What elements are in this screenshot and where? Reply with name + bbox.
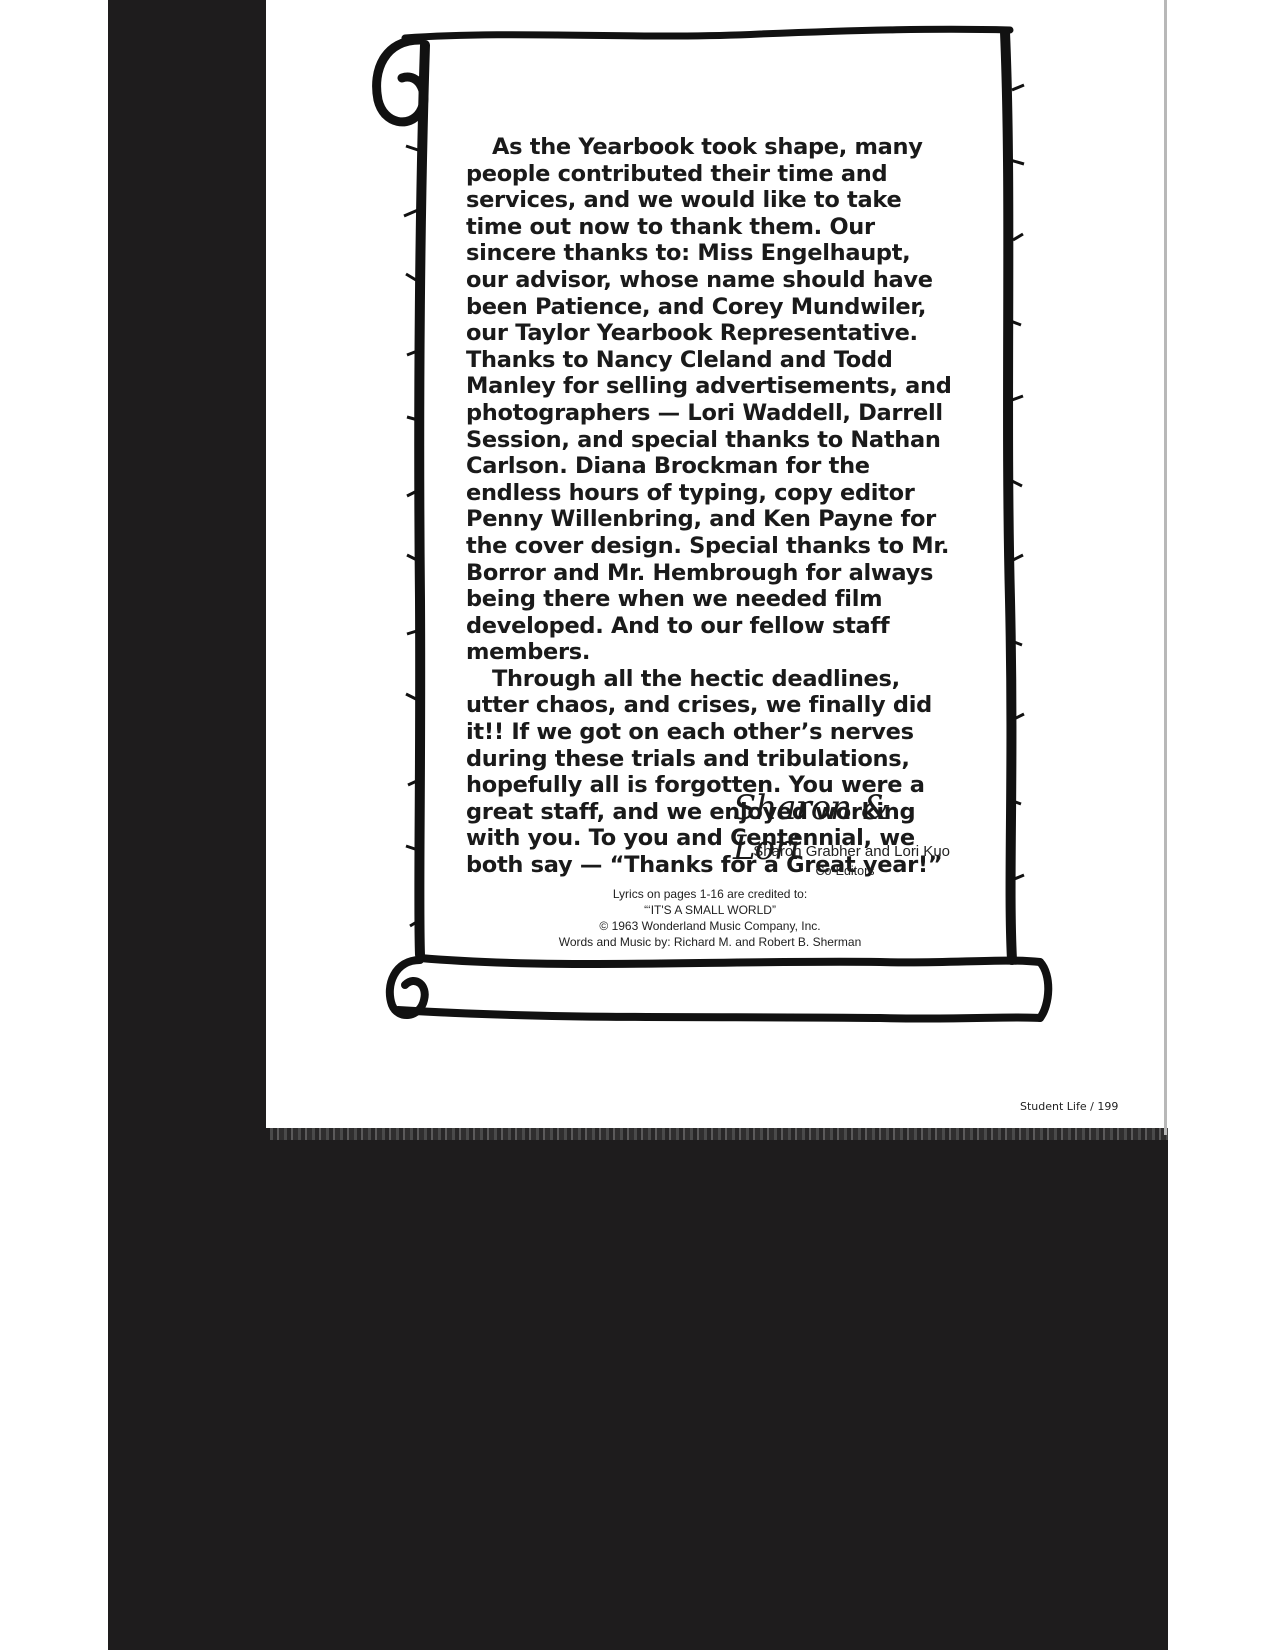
lyrics-credits: Lyrics on pages 1-16 are credited to: “‘… <box>520 886 900 950</box>
page-folio: Student Life / 199 <box>1020 1100 1118 1113</box>
credit-line: Words and Music by: Richard M. and Rober… <box>520 934 900 950</box>
acknowledgement-text: As the Yearbook took shape, many people … <box>466 134 956 879</box>
acknowledgement-paragraph: As the Yearbook took shape, many people … <box>466 134 956 666</box>
credit-line: © 1963 Wonderland Music Company, Inc. <box>520 918 900 934</box>
credit-line: Lyrics on pages 1-16 are credited to: <box>520 886 900 902</box>
editor-names: Sharon Grabher and Lori Kuo <box>740 843 950 860</box>
credit-line: “‘IT'S A SMALL WORLD” <box>520 902 900 918</box>
editor-role: Co-Editors <box>770 864 920 878</box>
